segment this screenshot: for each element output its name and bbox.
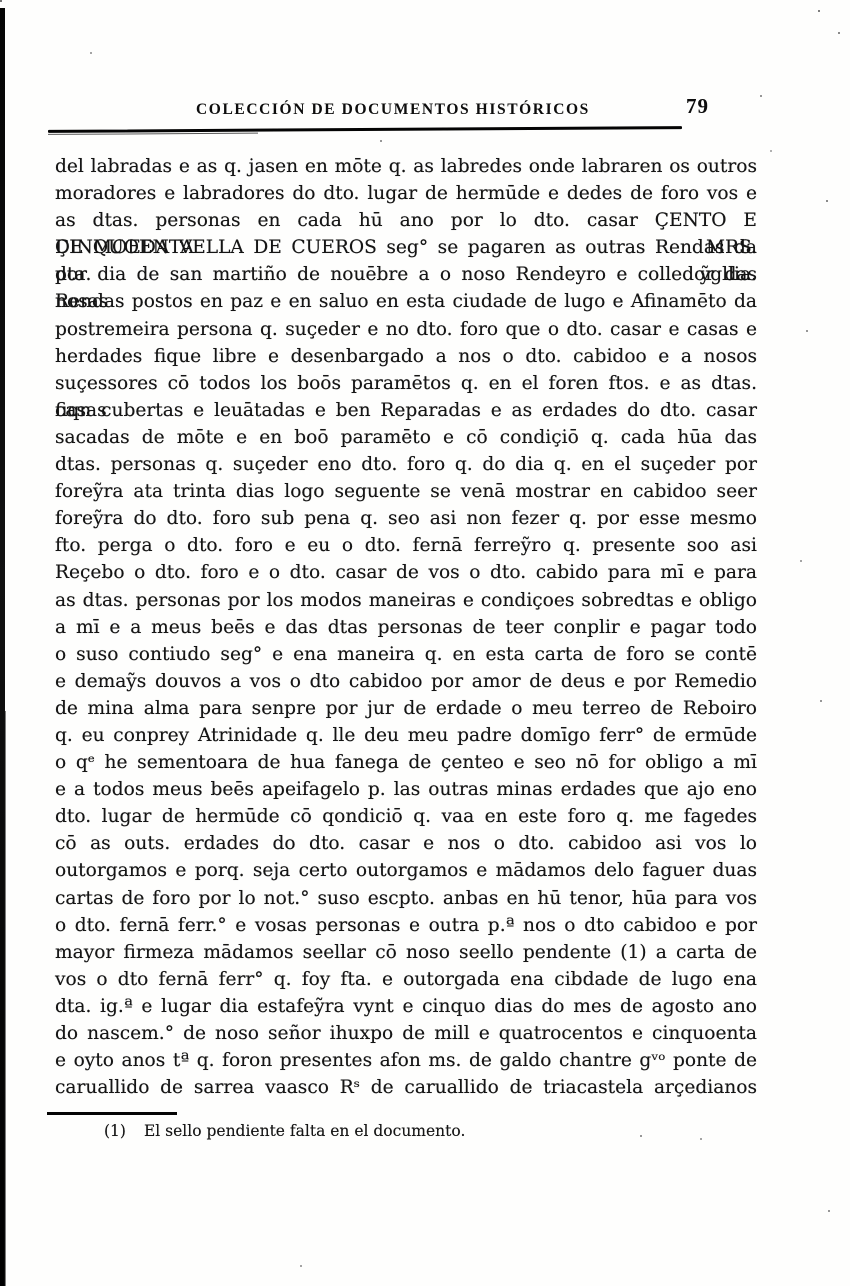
text-line: herdades fique libre e desenbargado a no… [55,343,757,370]
page-number: 79 [686,94,709,119]
text-line: o dto. fernā ferr.° e vosas personas e o… [55,912,757,939]
text-line: do nascem.° de noso señor ihuxpo de mill… [55,1020,757,1047]
footnote-rule [47,1112,177,1115]
text-line: e demaỹs douvos a vos o dto cabidoo por … [55,668,757,695]
text-line: as dtas. personas en cada hū ano por lo … [55,207,757,234]
text-line: Reçebo o dto. foro e o dto. casar de vos… [55,559,757,586]
text-line: foreỹra do dto. foro sub pena q. seo asi… [55,505,757,532]
scan-edge-artifact [0,8,5,1286]
text-line: sacadas de mōte e en boō paramēto e cō c… [55,424,757,451]
text-line: vos o dto fernā ferr° q. foy fta. e outo… [55,966,757,993]
text-line: de mina alma para senpre por jur de erda… [55,695,757,722]
text-line: cartas de foro por lo not.° suso escpto.… [55,885,757,912]
running-header-title: COLECCIÓN DE DOCUMENTOS HISTÓRICOS [196,101,590,119]
header-rule [48,126,682,133]
text-line: fiqn cubertas e leuātadas e ben Reparada… [55,397,757,424]
text-line: q. eu conprey Atrinidade q. lle deu meu … [55,722,757,749]
footnote-marker: (1) [104,1122,126,1140]
text-line: Rendas postos en paz e en saluo en esta … [55,288,757,315]
text-line: caruallido de sarrea vaasco Rˢ de carual… [55,1074,757,1101]
text-line: moradores e labradores do dto. lugar de … [55,180,757,207]
document-body: del labradas e as q. jasen en mōte q. as… [55,153,757,1101]
text-line: as dtas. personas por los modos maneiras… [55,587,757,614]
text-line: fto. perga o dto. foro e eu o dto. fernā… [55,532,757,559]
text-line: o suso contiudo seg° e ena maneira q. en… [55,641,757,668]
scanned-page: COLECCIÓN DE DOCUMENTOS HISTÓRICOS 79 de… [0,0,850,1286]
text-line: por dia de san martiño de nouēbre a o no… [55,261,757,288]
scan-noise-specks [0,0,2,2]
text-line: DE MOEDA VELLA DE CUEROS seg° se pagaren… [55,234,757,261]
footnote: (1)El sello pendiente falta en el docume… [104,1122,465,1140]
text-line: foreỹra ata trinta dias logo seguente se… [55,478,757,505]
text-line: e oyto anos tª q. foron presentes afon m… [55,1047,757,1074]
text-line: cō as outs. erdades do dto. casar e nos … [55,830,757,857]
text-line: mayor firmeza mādamos seellar cō noso se… [55,939,757,966]
text-line: dtas. personas q. suçeder eno dto. foro … [55,451,757,478]
text-line: a mī e a meus beēs e das dtas personas d… [55,614,757,641]
text-line: dto. lugar de hermūde cō qondiciō q. vaa… [55,803,757,830]
text-line: o qᵉ he sementoara de hua fanega de çent… [55,749,757,776]
text-line: postremeira persona q. suçeder e no dto.… [55,316,757,343]
text-line: e a todos meus beēs apeifagelo p. las ou… [55,776,757,803]
text-line: del labradas e as q. jasen en mōte q. as… [55,153,757,180]
text-line: dta. ig.ª e lugar dia estafeỹra vynt e c… [55,993,757,1020]
text-line: suçessores cō todos los boōs paramētos q… [55,370,757,397]
text-line: outorgamos e porq. seja certo outorgamos… [55,857,757,884]
footnote-text: El sello pendiente falta en el documento… [144,1122,465,1140]
